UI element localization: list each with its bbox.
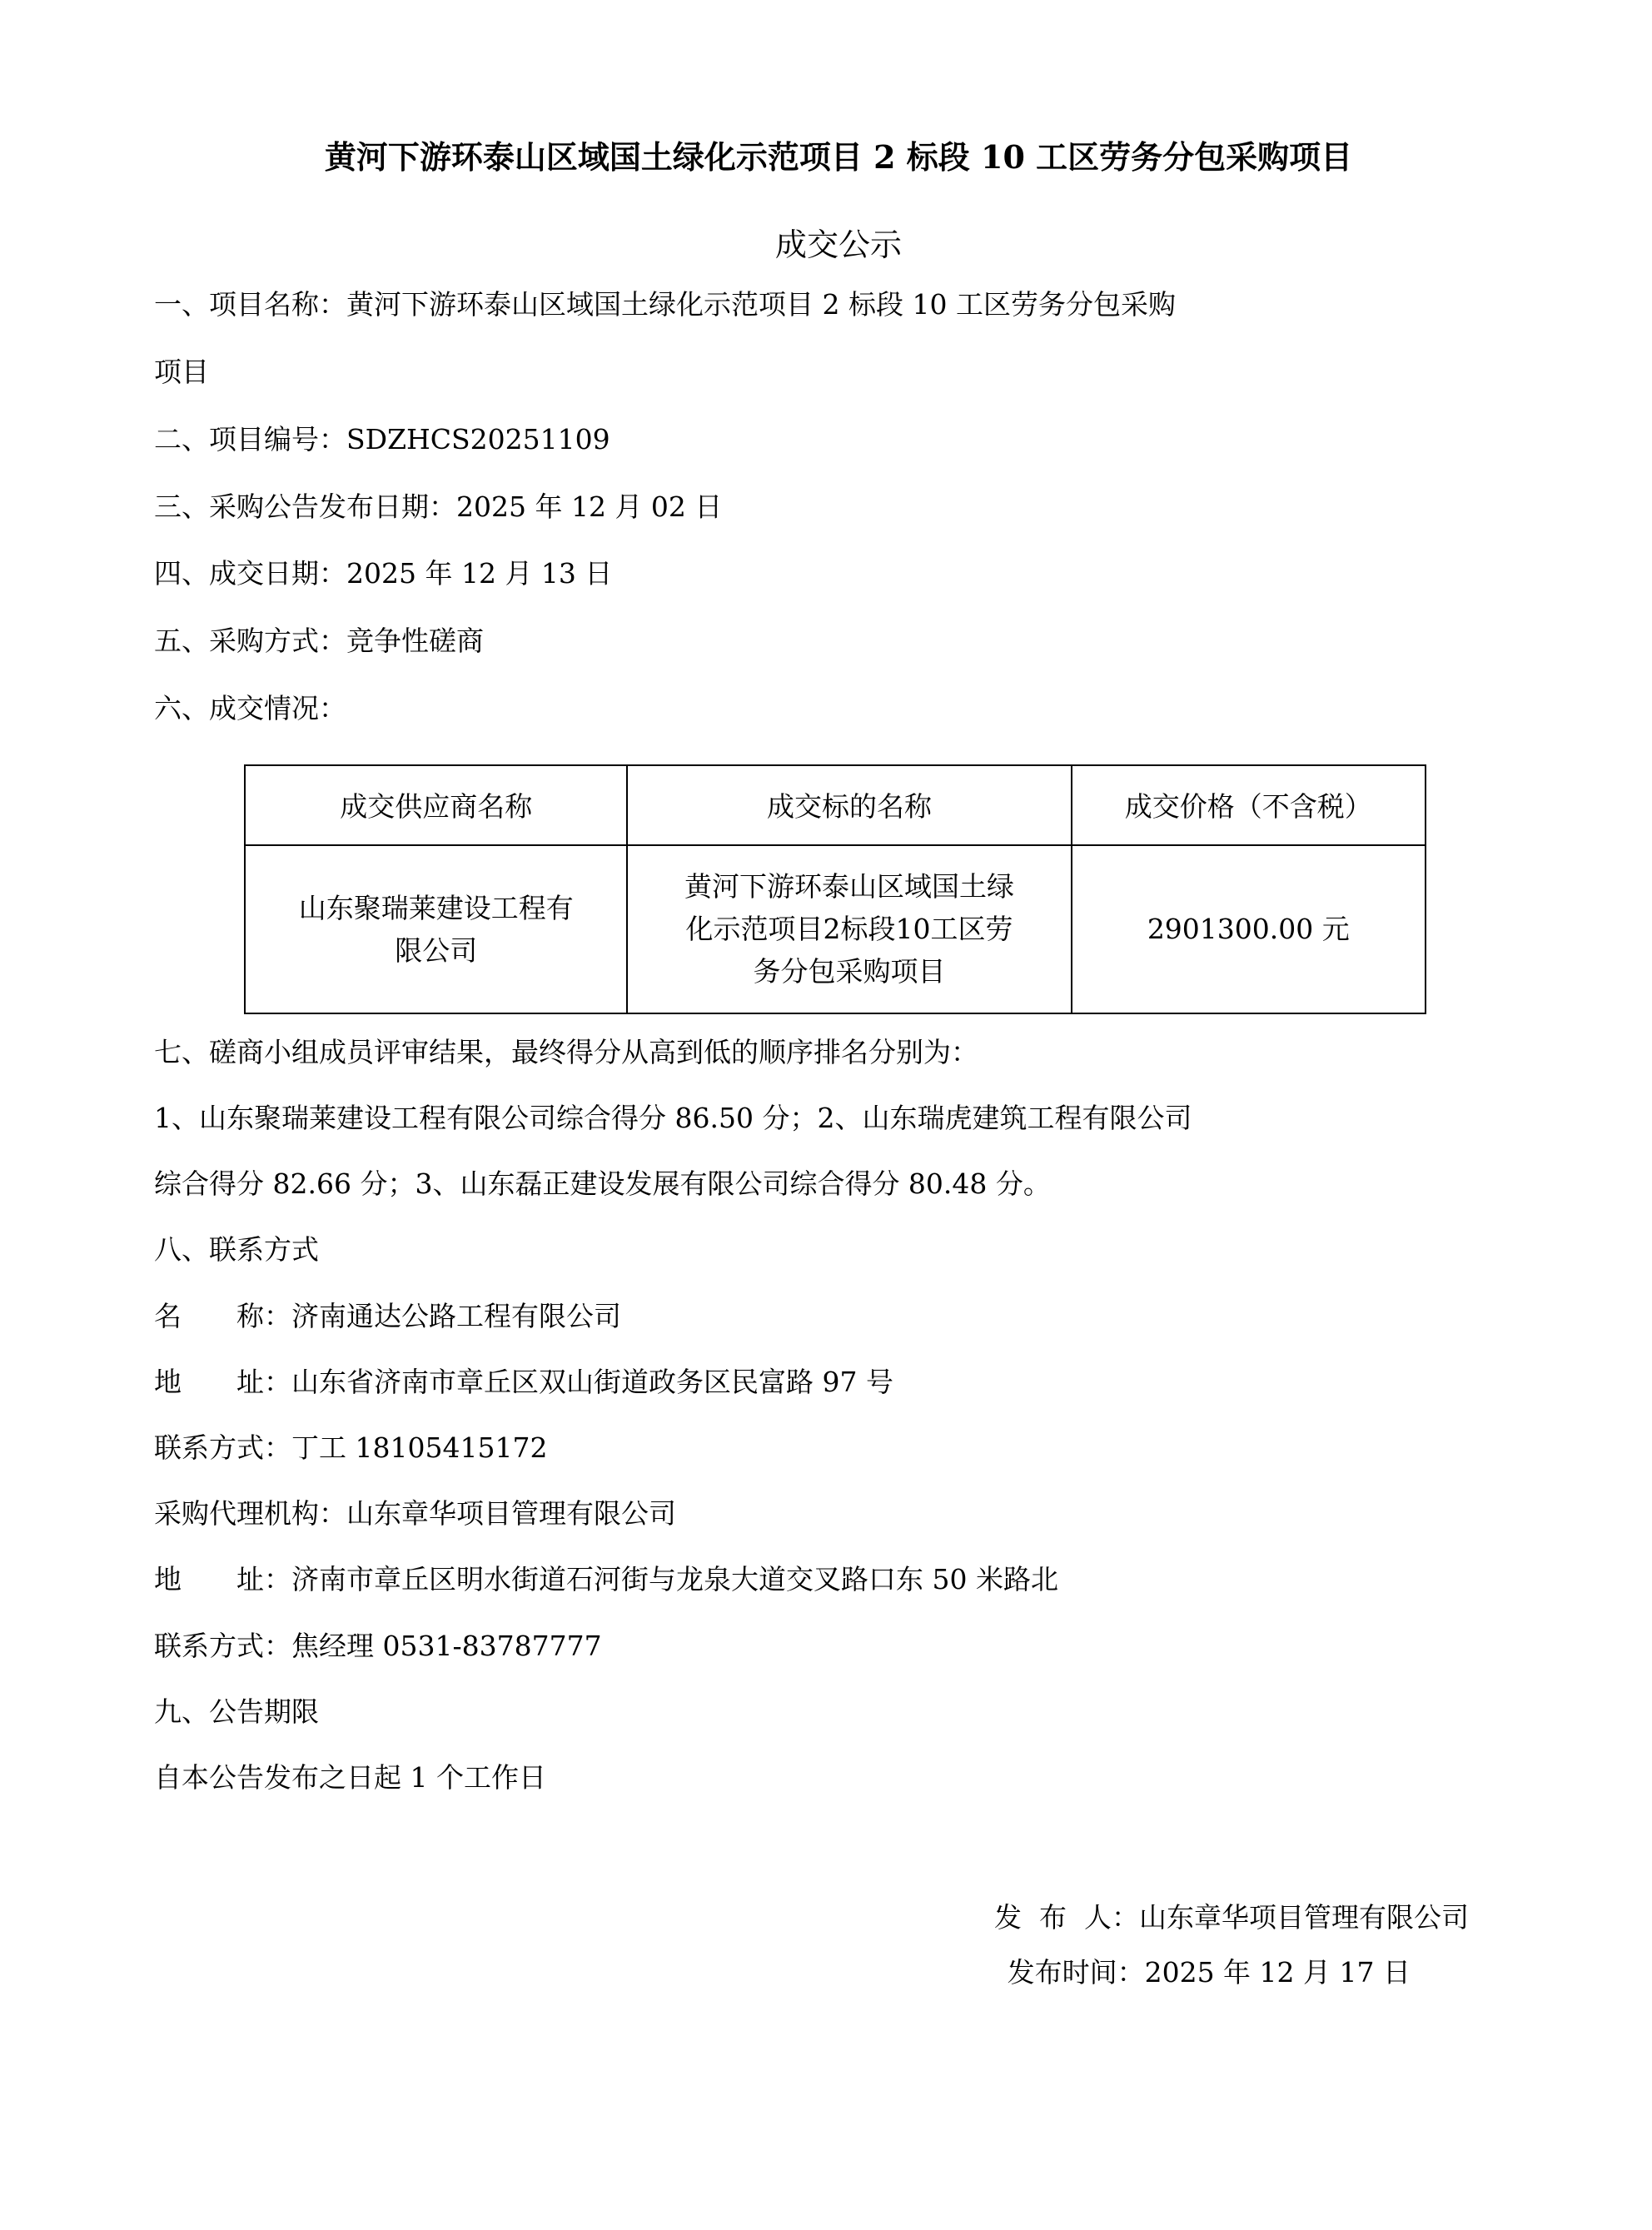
item-deal-date: 四、成交日期：2025 年 12 月 13 日 (154, 540, 1523, 608)
notice-period-text: 自本公告发布之日起 1 个工作日 (154, 1745, 1523, 1810)
publisher: 发 布 人：山东章华项目管理有限公司 (154, 1890, 1523, 1945)
deal-result-table: 成交供应商名称 成交标的名称 成交价格（不含税） 山东聚瑞莱建设工程有 限公司 … (244, 764, 1426, 1014)
document-body: 七、磋商小组成员评审结果，最终得分从高到低的顺序排名分别为： 1、山东聚瑞莱建设… (154, 1019, 1523, 1810)
cell-subject-name: 黄河下游环泰山区域国土绿 化示范项目2标段10工区劳 务分包采购项目 (627, 845, 1071, 1013)
table-header-row: 成交供应商名称 成交标的名称 成交价格（不含税） (245, 765, 1426, 845)
item-project-number: 二、项目编号：SDZHCS20251109 (154, 406, 1523, 474)
agency-phone: 联系方式：焦经理 0531-83787777 (154, 1613, 1523, 1679)
item-procurement-method: 五、采购方式：竞争性磋商 (154, 608, 1523, 675)
document-footer: 发 布 人：山东章华项目管理有限公司 发布时间：2025 年 12 月 17 日 (154, 1890, 1523, 2000)
contact-name: 名 称：济南通达公路工程有限公司 (154, 1283, 1523, 1349)
agency-name: 采购代理机构：山东章华项目管理有限公司 (154, 1481, 1523, 1546)
review-heading: 七、磋商小组成员评审结果，最终得分从高到低的顺序排名分别为： (154, 1019, 1523, 1085)
notice-period-heading: 九、公告期限 (154, 1679, 1523, 1745)
contact-phone: 联系方式：丁工 18105415172 (154, 1415, 1523, 1481)
document-title: 黄河下游环泰山区域国土绿化示范项目 2 标段 10 工区劳务分包采购项目 (154, 137, 1523, 177)
contact-heading: 八、联系方式 (154, 1217, 1523, 1282)
header-supplier-name: 成交供应商名称 (245, 765, 627, 845)
table-row: 山东聚瑞莱建设工程有 限公司 黄河下游环泰山区域国土绿 化示范项目2标段10工区… (245, 845, 1426, 1013)
header-deal-price: 成交价格（不含税） (1072, 765, 1426, 845)
cell-supplier-name: 山东聚瑞莱建设工程有 限公司 (245, 845, 627, 1013)
item-deal-info-label: 六、成交情况： (154, 675, 1523, 743)
contact-address: 地 址：山东省济南市章丘区双山街道政务区民富路 97 号 (154, 1349, 1523, 1415)
publish-date: 发布时间：2025 年 12 月 17 日 (154, 1945, 1523, 2000)
document-subtitle: 成交公示 (154, 226, 1523, 266)
review-result: 1、山东聚瑞莱建设工程有限公司综合得分 86.50 分；2、山东瑞虎建筑工程有限… (154, 1085, 1523, 1217)
agency-address: 地 址：济南市章丘区明水街道石河街与龙泉大道交叉路口东 50 米路北 (154, 1546, 1523, 1612)
document-page: 黄河下游环泰山区域国土绿化示范项目 2 标段 10 工区劳务分包采购项目 成交公… (0, 0, 1652, 2230)
item-announce-date: 三、采购公告发布日期：2025 年 12 月 02 日 (154, 474, 1523, 541)
info-items: 一、项目名称：黄河下游环泰山区域国土绿化示范项目 2 标段 10 工区劳务分包采… (154, 271, 1523, 743)
item-project-name: 一、项目名称：黄河下游环泰山区域国土绿化示范项目 2 标段 10 工区劳务分包采… (154, 271, 1523, 406)
cell-deal-price: 2901300.00 元 (1072, 845, 1426, 1013)
header-subject-name: 成交标的名称 (627, 765, 1071, 845)
